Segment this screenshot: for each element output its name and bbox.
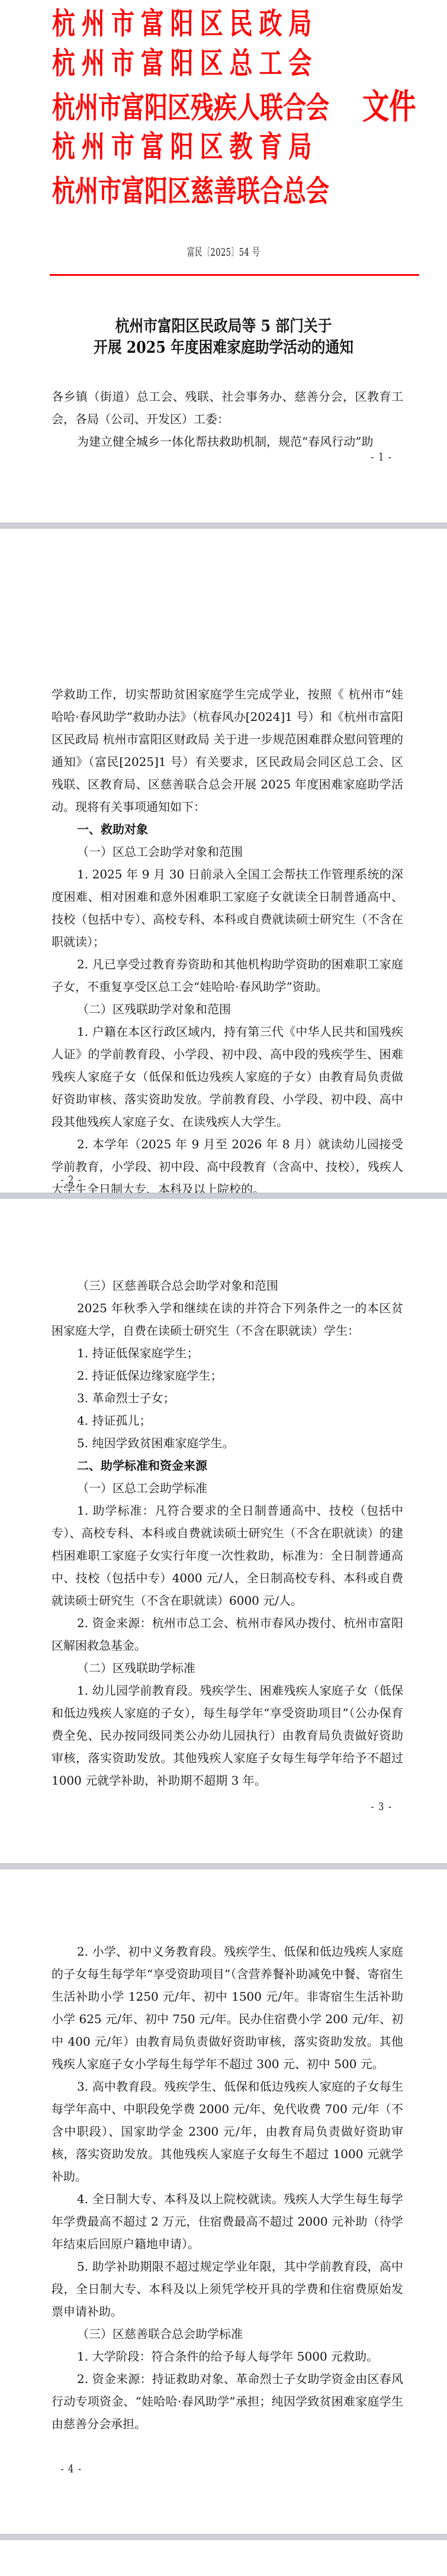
intro-paragraph-start: 为建立健全城乡一体化帮扶救助机制，规范“春风行动”助 (52, 430, 403, 453)
page-number-2: - 2 - (61, 1174, 82, 1186)
paragraph: 2025 年秋季入学和继续在读的并符合下列条件之一的本区贫困家庭大学，自费在读硕… (52, 1297, 403, 1342)
subsection-heading-charity-recipients: （三）区慈善联合总会助学对象和范围 (52, 1274, 403, 1297)
issuer-line-trade-union: 杭州市富阳区总工会 (52, 47, 318, 80)
page-3-body: （三）区慈善联合总会助学对象和范围 2025 年秋季入学和继续在读的并符合下列条… (52, 1274, 403, 1792)
page-2-body: 学救助工作，切实帮助贫困家庭学生完成学业，按照《 杭州市“娃哈哈·春风助学”救助… (52, 683, 403, 1200)
paragraph: 1. 2025 年 9 月 30 日前录入全国工会帮扶工作管理系统的深度困难、相… (52, 863, 403, 953)
page-separator-1 (0, 523, 447, 529)
paragraph: 2. 小学、初中义务教育段。残疾学生、低保和低边残疾人家庭的子女每生每学年“享受… (52, 1940, 403, 2075)
page-separator-2 (0, 1193, 447, 1199)
issuer-line-education-bureau: 杭州市富阳区教育局 (52, 130, 318, 163)
paragraph: 5. 助学补助期限不超过规定学业年限，其中学前教育段，高中段，全日制大专、本科及… (52, 2255, 403, 2323)
page-separator-3 (0, 1863, 447, 1869)
paragraph: 4. 全日制大专、本科及以上院校就读。残疾人大学生每生每学年学费最高不超过 2 … (52, 2188, 403, 2255)
issuer-line-charity-federation: 杭州市富阳区慈善联合总会 (52, 175, 329, 208)
intro-paragraph-continued: 学救助工作，切实帮助贫困家庭学生完成学业，按照《 杭州市“娃哈哈·春风助学”救助… (52, 683, 403, 818)
page-4: 2. 小学、初中义务教育段。残疾学生、低保和低边残疾人家庭的子女每生每学年“享受… (0, 1869, 447, 2534)
paragraph: 1. 户籍在本区行政区域内，持有第三代《中华人民共和国残疾人证》的学前教育段、小… (52, 1020, 403, 1133)
addressee: 各乡镇（街道）总工会、残联、社会事务办、慈善分会，区教育工会，各局（公司、开发区… (52, 385, 403, 430)
document-type-label: 文件 (362, 89, 416, 124)
page-number-3: - 3 - (371, 1801, 393, 1813)
page-2: 学救助工作，切实帮助贫困家庭学生完成学业，按照《 杭州市“娃哈哈·春风助学”救助… (0, 529, 447, 1193)
section-heading-standards-funding: 二、助学标准和资金来源 (52, 1454, 403, 1477)
page-number-4: - 4 - (61, 2463, 82, 2475)
section-heading-recipients: 一、救助对象 (52, 818, 403, 841)
subsection-heading-disabled-standards: （二）区残联助学标准 (52, 1657, 403, 1679)
subsection-heading-disabled-recipients: （二）区残联助学对象和范围 (52, 998, 403, 1020)
page-3: （三）区慈善联合总会助学对象和范围 2025 年秋季入学和继续在读的并符合下列条… (0, 1199, 447, 1863)
issuer-line-disabled-federation: 杭州市富阳区残疾人联合会 (52, 91, 329, 124)
list-item: 1. 持证低保家庭学生； (52, 1342, 403, 1364)
issuer-line-civil-affairs: 杭州市富阳区民政局 (52, 7, 318, 40)
list-item: 4. 持证孤儿； (52, 1409, 403, 1432)
page-separator-4 (0, 2534, 447, 2540)
paragraph: 3. 高中教育段。残疾学生、低保和低边残疾人家庭的子女每生每学年高中、中职段免学… (52, 2075, 403, 2188)
list-item: 3. 革命烈士子女； (52, 1387, 403, 1409)
list-item: 2. 持证低保边缘家庭学生； (52, 1364, 403, 1387)
red-divider-rule (50, 274, 419, 276)
paragraph: 1. 幼儿园学前教育段。残疾学生、困难残疾人家庭子女（低保和低边残疾人家庭的子女… (52, 1679, 403, 1792)
subsection-heading-charity-standards: （三）区慈善联合总会助学标准 (52, 2323, 403, 2345)
document-number: 富民〔2025〕54 号 (67, 244, 380, 259)
subsection-heading-union-standards: （一）区总工会助学标准 (52, 1477, 403, 1499)
page-1: 杭州市富阳区民政局 杭州市富阳区总工会 杭州市富阳区残疾人联合会 文件 杭州市富… (0, 0, 447, 523)
subsection-heading-union-recipients: （一）区总工会助学对象和范围 (52, 841, 403, 863)
paragraph: 1. 助学标准：凡符合要求的全日制普通高中、技校（包括中专）、高校专科、本科或自… (52, 1499, 403, 1612)
paragraph: 2. 资金来源：持证救助对象、革命烈士子女助学资金由区春风行动专项资金、“娃哈哈… (52, 2368, 403, 2435)
list-item: 5. 纯因学致贫困难家庭学生。 (52, 1432, 403, 1454)
paragraph: 2. 资金来源：杭州市总工会、杭州市春风办拨付、杭州市富阳区解困救急基金。 (52, 1612, 403, 1657)
page-4-body: 2. 小学、初中义务教育段。残疾学生、低保和低边残疾人家庭的子女每生每学年“享受… (52, 1940, 403, 2435)
page-5-top (0, 2540, 447, 2576)
paragraph: 1. 大学阶段：符合条件的给予每人每学年 5000 元救助。 (52, 2345, 403, 2368)
notice-title-line-1: 杭州市富阳区民政局等 5 部门关于 (27, 316, 420, 337)
paragraph: 2. 凡已享受过教育券资助和其他机构助学资助的困难职工家庭子女，不重复享受区总工… (52, 953, 403, 998)
page-1-body: 各乡镇（街道）总工会、残联、社会事务办、慈善分会，区教育工会，各局（公司、开发区… (52, 385, 403, 453)
notice-title-line-2: 开展 2025 年度困难家庭助学活动的通知 (27, 337, 420, 359)
page-number-1: - 1 - (371, 451, 393, 463)
paragraph: 2. 本学年（2025 年 9 月至 2026 年 8 月）就读幼儿园接受学前教… (52, 1133, 403, 1200)
